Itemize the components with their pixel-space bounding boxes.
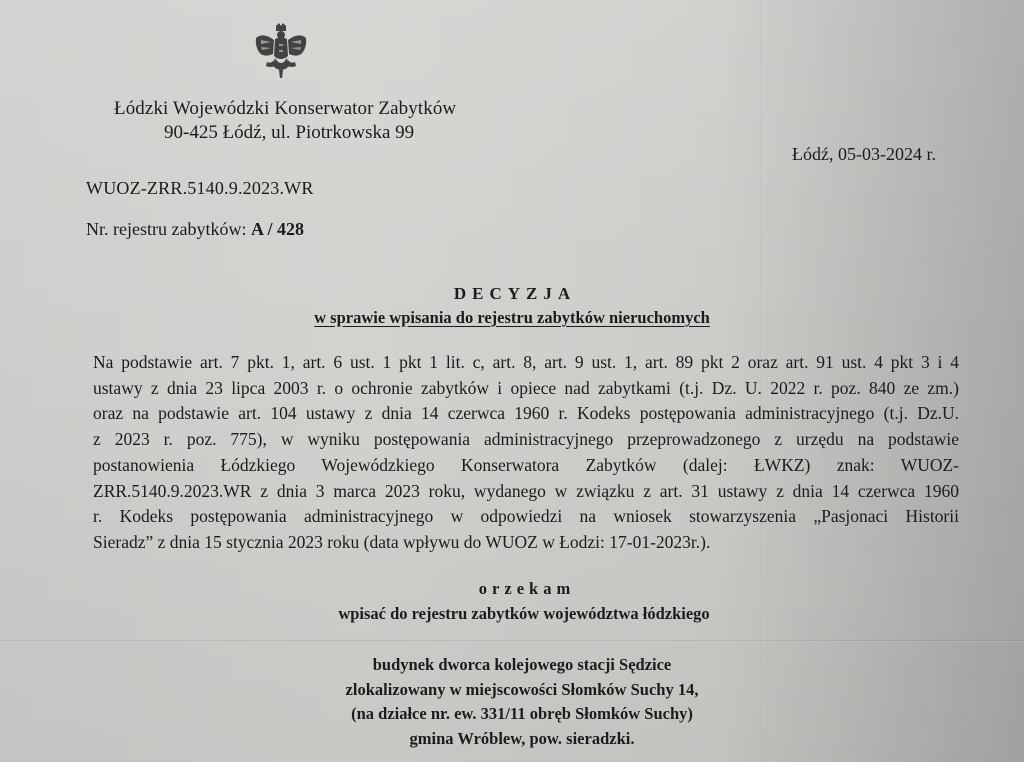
paper-fold-horizontal [0, 640, 1024, 642]
paragraph-line: Na podstawie art. 7 pkt. 1, art. 6 ust. … [93, 350, 959, 376]
issuer-name: Łódzki Wojewódzki Konserwator Zabytków [114, 98, 456, 120]
register-label: Nr. rejestru zabytków: [86, 219, 246, 239]
paragraph-line: postanowienia Łódzkiego Wojewódzkiego Ko… [93, 453, 959, 479]
monument-line: gmina Wróblew, pow. sieradzki. [20, 727, 1024, 752]
paragraph-line: Sieradz” z dnia 15 stycznia 2023 roku (d… [93, 530, 959, 556]
paragraph-line: ustawy z dnia 23 lipca 2003 r. o ochroni… [93, 376, 959, 402]
place-and-date: Łódź, 05-03-2024 r. [792, 144, 936, 165]
decision-title: DECYZJA [0, 284, 1024, 304]
case-number: WUOZ-ZRR.5140.9.2023.WR [86, 178, 314, 199]
ruling-statement: wpisać do rejestru zabytków województwa … [0, 604, 1024, 624]
legal-basis-paragraph: Na podstawie art. 7 pkt. 1, art. 6 ust. … [93, 350, 959, 556]
polish-eagle-emblem-icon [253, 22, 309, 80]
monument-line: zlokalizowany w miejscowości Słomków Suc… [20, 678, 1024, 703]
monument-line: budynek dworca kolejowego stacji Sędzice [20, 653, 1024, 678]
monument-line: (na działce nr. ew. 331/11 obręb Słomków… [20, 702, 1024, 727]
decision-subtitle-text: w sprawie wpisania do rejestru zabytków … [314, 308, 710, 327]
paragraph-line: ZRR.5140.9.2023.WR z dnia 3 marca 2023 r… [93, 479, 959, 505]
issuer-address: 90-425 Łódź, ul. Piotrkowska 99 [164, 122, 414, 144]
paragraph-line: r. Kodeks postępowania administracyjnego… [93, 504, 959, 530]
paragraph-line: z 2023 r. poz. 775), w wyniku postępowan… [93, 427, 959, 453]
decision-subtitle: w sprawie wpisania do rejestru zabytków … [0, 308, 1024, 328]
monument-description: budynek dworca kolejowego stacji Sędzice… [0, 653, 1024, 751]
register-value: A / 428 [251, 219, 304, 239]
register-number: Nr. rejestru zabytków: A / 428 [86, 219, 304, 240]
ruling-word: orzekam [0, 579, 1024, 599]
paragraph-line: oraz na podstawie art. 104 ustawy z dnia… [93, 401, 959, 427]
